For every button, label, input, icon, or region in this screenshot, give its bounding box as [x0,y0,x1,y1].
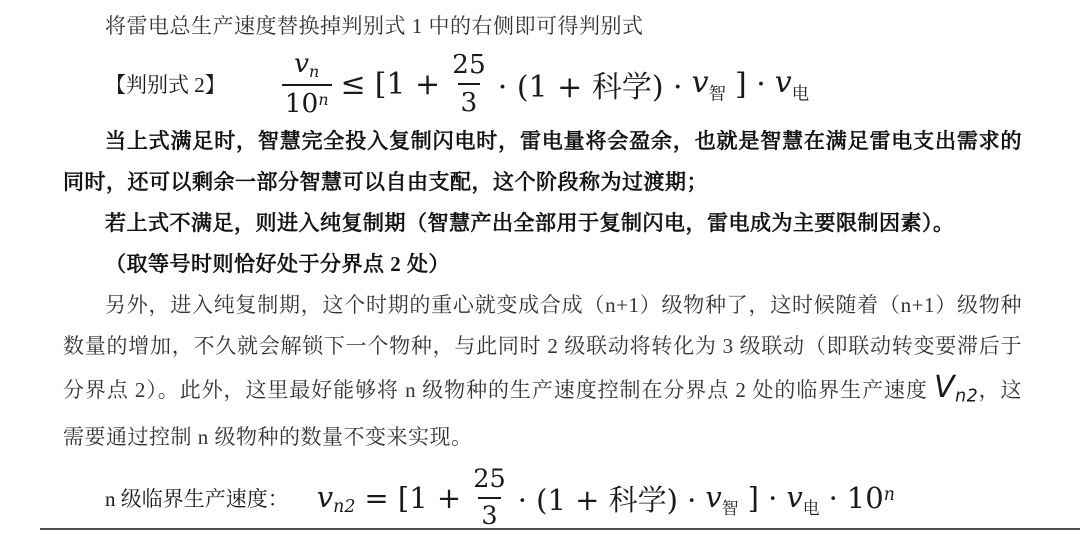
bottom-divider [40,528,1080,530]
formula-discriminant-2-row: 【判别式 2】 vn 10n ≤ [1 + 25 3 · (1 + 科学) · … [63,47,1022,121]
close-bracket-term: ] · [735,67,766,102]
formula-critical-speed: vn2 = [1 + 25 3 · (1 + 科学) · v智 ] · v电 ·… [317,467,895,530]
power-10n-term: 10n [847,481,895,515]
fraction-denominator: 3 [458,83,481,116]
paragraph-boundary-point-note: （取等号时则恰好处于分界点 2 处） [63,244,1022,285]
subscript-n2: n2 [333,497,355,517]
var-v: v [294,48,309,79]
v-wisdom-term: v智 [705,480,738,517]
fraction-vn-over-10n: vn 10n [282,51,332,118]
fraction-25-over-3: 25 3 [449,52,489,117]
lhs-vn2-term: vn2 [317,480,356,517]
fraction-numerator: 25 [449,52,489,83]
subscript-electric: 电 [792,84,809,104]
paragraph-intro: 将雷电总生产速度替换掉判别式 1 中的右侧即可得判别式 [63,6,1022,47]
close-bracket-term: ] · [748,481,778,515]
formula-discriminant-2: vn 10n ≤ [1 + 25 3 · (1 + 科学) · v智 ] · v… [282,51,809,118]
dot-operator: · [829,481,838,515]
middle-term: · (1 + 科学) · [498,62,683,106]
paragraph-pure-copy-period: 若上式不满足，则进入纯复制期（智慧产出全部用于复制闪电，雷电成为主要限制因素）。 [63,203,1022,244]
subscript-wisdom: 智 [722,498,739,518]
subscript-electric: 电 [803,498,820,518]
document-page: 将雷电总生产速度替换掉判别式 1 中的右侧即可得判别式 【判别式 2】 vn 1… [0,0,1080,534]
equals-open-bracket-term: = [1 + [364,481,461,515]
paragraph-text-before: 另外，进入纯复制期，这个时期的重心就变成合成（n+1）级物种了，这时候随着（n+… [63,293,1022,402]
var-v: v [786,480,802,514]
base-10: 10 [847,481,884,515]
fraction-25-over-3: 25 3 [470,467,508,530]
paragraph-additional-note: 另外，进入纯复制期，这个时期的重心就变成合成（n+1）级物种了，这时候随着（n+… [63,285,1022,458]
var-v: v [775,65,792,100]
superscript-n: n [884,486,895,506]
critical-speed-variable: Vn2 [934,370,978,405]
fraction-denominator: 10n [282,84,332,117]
fraction-denominator: 3 [478,497,500,530]
fraction-numerator: vn [291,51,322,85]
subscript-n: n [309,61,319,80]
var-v: v [705,480,721,514]
formula-critical-speed-row: n 级临界生产速度： vn2 = [1 + 25 3 · (1 + 科学) · … [63,460,1022,534]
formula-critical-speed-label: n 级临界生产速度： [105,483,289,513]
var-v: v [692,65,709,100]
base-10: 10 [285,88,319,119]
v-wisdom-term: v智 [692,65,726,104]
v-electric-term: v电 [786,480,819,517]
open-bracket-term: [1 + [375,67,440,102]
var-V: V [934,370,955,405]
formula-discriminant-2-label: 【判别式 2】 [105,69,226,99]
middle-term: · (1 + 科学) · [518,478,697,519]
leq-operator: ≤ [341,67,366,102]
var-v: v [317,480,333,514]
fraction-numerator: 25 [470,467,508,498]
v-electric-term: v电 [775,65,809,104]
superscript-n: n [318,90,328,109]
subscript-wisdom: 智 [709,84,726,104]
paragraph-transition-period: 当上式满足时，智慧完全投入复制闪电时，雷电量将会盈余，也就是智慧在满足雷电支出需… [63,121,1022,203]
subscript-n2: n2 [955,386,978,406]
